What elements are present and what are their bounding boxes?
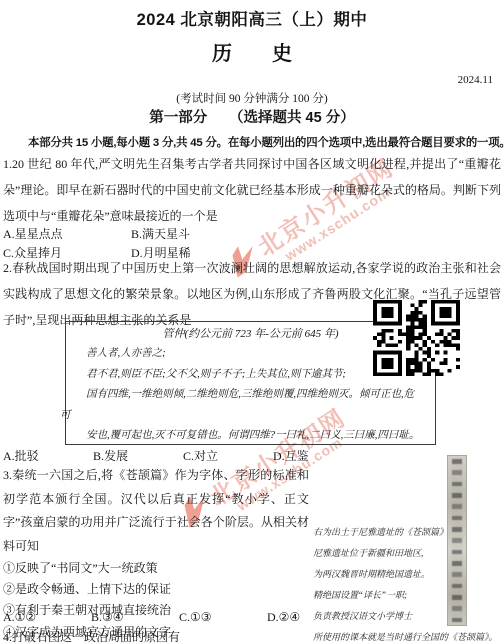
q3-sub-option-1: ①反映了“书同文”大一统政策 <box>3 558 309 579</box>
caption-line: 负责教授汉语文小学博士 <box>313 606 504 627</box>
q2-option-a: A.批驳 <box>3 447 90 464</box>
exam-paper-page: 北京小升初网 www.xschu.com 北京小升初网 www.xschu.co… <box>0 0 504 644</box>
bamboo-slip-image <box>447 455 467 626</box>
quote-line: 安也,覆可起也,灭不可复错也。何谓四维?一曰礼,二曰义,三曰廉,四曰耻。 <box>66 426 435 447</box>
instructions-text: 本部分共 15 小题,每小题 3 分,共 45 分。在每小题列出的四个选项中,选… <box>4 134 504 150</box>
q1-options-row-1: A.星星点点 B.满天星斗 <box>3 225 256 242</box>
caption-line: 尼雅遗址位于新疆和田地区, <box>313 543 504 564</box>
quote-line: 可 <box>40 406 435 427</box>
q3-sub-option-2: ②是政令畅通、上情下达的保证 <box>3 579 309 600</box>
q4-stem: 4.打破右图这一政治局面的原因有 <box>3 628 180 644</box>
caption-line: 为两汉魏晋时期精绝国遗址。 <box>313 564 504 585</box>
q2-option-d: D.互鉴 <box>273 447 360 464</box>
qr-code <box>373 300 460 376</box>
q1-option-b: B.满天星斗 <box>131 225 256 242</box>
q2-options-row: A.批驳 B.发展 C.对立 D.互鉴 <box>3 447 360 464</box>
q3-option-b: B.③④ <box>91 610 176 625</box>
caption-line: 右为出土于尼雅遗址的《苍颉篇》 <box>313 522 504 543</box>
q2-option-b: B.发展 <box>93 447 180 464</box>
q3-option-c: C.①③ <box>179 610 264 625</box>
q2-option-c: C.对立 <box>183 447 270 464</box>
bamboo-slip-writing <box>452 459 462 622</box>
q1-stem: 1.20 世纪 80 年代,严文明先生召集考古学者共同探讨中国各区域文明化进程,… <box>3 151 501 229</box>
q3-stem: 3.秦统一六国之后,将《苍颉篇》作为字体、字形的标准和初学范本颁行全国。汉代以后… <box>3 464 309 558</box>
exam-info: (考试时间 90 分钟满分 100 分) <box>0 90 504 106</box>
q3-option-a: A.①② <box>3 610 88 625</box>
caption-line: 精绝国设置“译长”一职; <box>313 585 504 606</box>
page-title: 2024 北京朝阳高三（上）期中 <box>0 6 504 30</box>
q3-options-row: A.①② B.③④ C.①③ D.②④ <box>3 610 352 625</box>
subject-title: 历 史 <box>0 37 504 66</box>
quote-line: 国有四维,一维绝则倾,二维绝则危,三维绝则覆,四维绝则灭。倾可正也,危 <box>66 385 435 406</box>
image-caption: 右为出土于尼雅遗址的《苍颉篇》 尼雅遗址位于新疆和田地区, 为两汉魏晋时期精绝国… <box>313 522 504 644</box>
exam-date: 2024.11 <box>458 74 493 86</box>
caption-line: 所使用的课本就是当时通行全国的《苍颉篇》。 <box>313 627 504 644</box>
q1-option-a: A.星星点点 <box>3 225 128 242</box>
section-heading: 第一部分 （选择题共 45 分） <box>0 106 504 127</box>
